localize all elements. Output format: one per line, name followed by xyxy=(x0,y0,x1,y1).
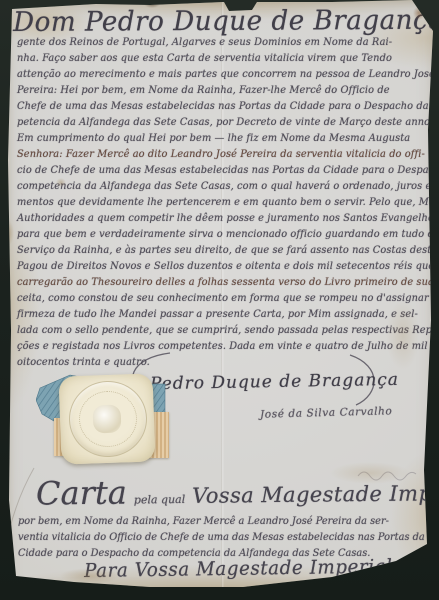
manuscript-line: Em cumprimento do qual Hei por bem — lhe… xyxy=(17,133,410,144)
manuscript-line: oitocentos trinta e quatro. xyxy=(17,357,150,368)
manuscript-line: ceita, como constou de seu conhecimento … xyxy=(17,293,439,304)
closing-line: por bem, em Nome da Rainha, Fazer Mercê … xyxy=(18,516,389,527)
seal-emboss-arms xyxy=(93,405,122,434)
manuscript-line: cio de Chefe de uma das Mesas estabeleci… xyxy=(17,165,439,176)
manuscript-line: carregarão ao Thesoureiro delles a folha… xyxy=(17,277,439,288)
manuscript-line: competencia da Alfandega das Sete Casas,… xyxy=(17,181,439,192)
closing-line: ventia vitalicia do Officio de Chefe de … xyxy=(18,532,425,543)
carta-heading-main: Vossa Magestade Imperial xyxy=(192,481,439,508)
manuscript-line: para que bem e verdadeiramente sirva o m… xyxy=(17,229,433,240)
seal-wafer xyxy=(58,373,155,464)
document-headline: Dom Pedro Duque de Bragança Re xyxy=(13,5,424,38)
manuscript-line: attenção ao merecimento e mais partes qu… xyxy=(17,69,435,80)
signature-regent: Pedro Duque de Bragança xyxy=(150,370,399,394)
manuscript-line: mentos que devidamente lhe pertencerem e… xyxy=(17,197,439,208)
carta-heading-connector: pela qual xyxy=(134,493,185,507)
photograph-of-manuscript: Dom Pedro Duque de Bragança Re gente dos… xyxy=(0,0,439,600)
manuscript-line: firmeza de tudo lhe Mandei passar a pres… xyxy=(17,309,418,320)
manuscript-line: Authoridades a quem competir lhe dêem po… xyxy=(17,213,439,224)
manuscript-line: Senhora: Fazer Mercê ao dito Leandro Jos… xyxy=(17,149,425,160)
manuscript-line: lada com o sello pendente, que se cumpri… xyxy=(17,325,439,336)
manuscript-line: gente dos Reinos de Portugal, Algarves e… xyxy=(17,37,392,48)
manuscript-line: Serviço da Rainha, e às partes seu direi… xyxy=(17,245,439,256)
manuscript-line: Chefe de uma das Mesas estabelecidas nas… xyxy=(17,101,439,112)
manuscript-line: Pagou de Direitos Novos e Sellos duzento… xyxy=(17,261,439,272)
embossed-paper-wafer-seal xyxy=(36,374,172,478)
signature-minister: José da Silva Carvalho xyxy=(260,405,393,420)
closing-formula: Para Vossa Magestade Imperial ver. xyxy=(84,555,435,582)
manuscript-line: petencia da Alfandega das Sete Casas, po… xyxy=(17,117,433,128)
manuscript-line: ções e registada nos Livros competentes.… xyxy=(17,341,428,352)
stain xyxy=(2,220,14,246)
carta-heading-lead: Carta xyxy=(36,474,127,513)
manuscript-line: Pereira: Hei por bem, em Nome da Rainha,… xyxy=(17,85,390,96)
manuscript-line: nha. Faço saber aos que esta Carta de se… xyxy=(17,53,392,64)
carta-heading: Carta pela qual Vossa Magestade Imperial… xyxy=(36,469,439,512)
parchment-page: Dom Pedro Duque de Bragança Re gente dos… xyxy=(0,0,439,600)
